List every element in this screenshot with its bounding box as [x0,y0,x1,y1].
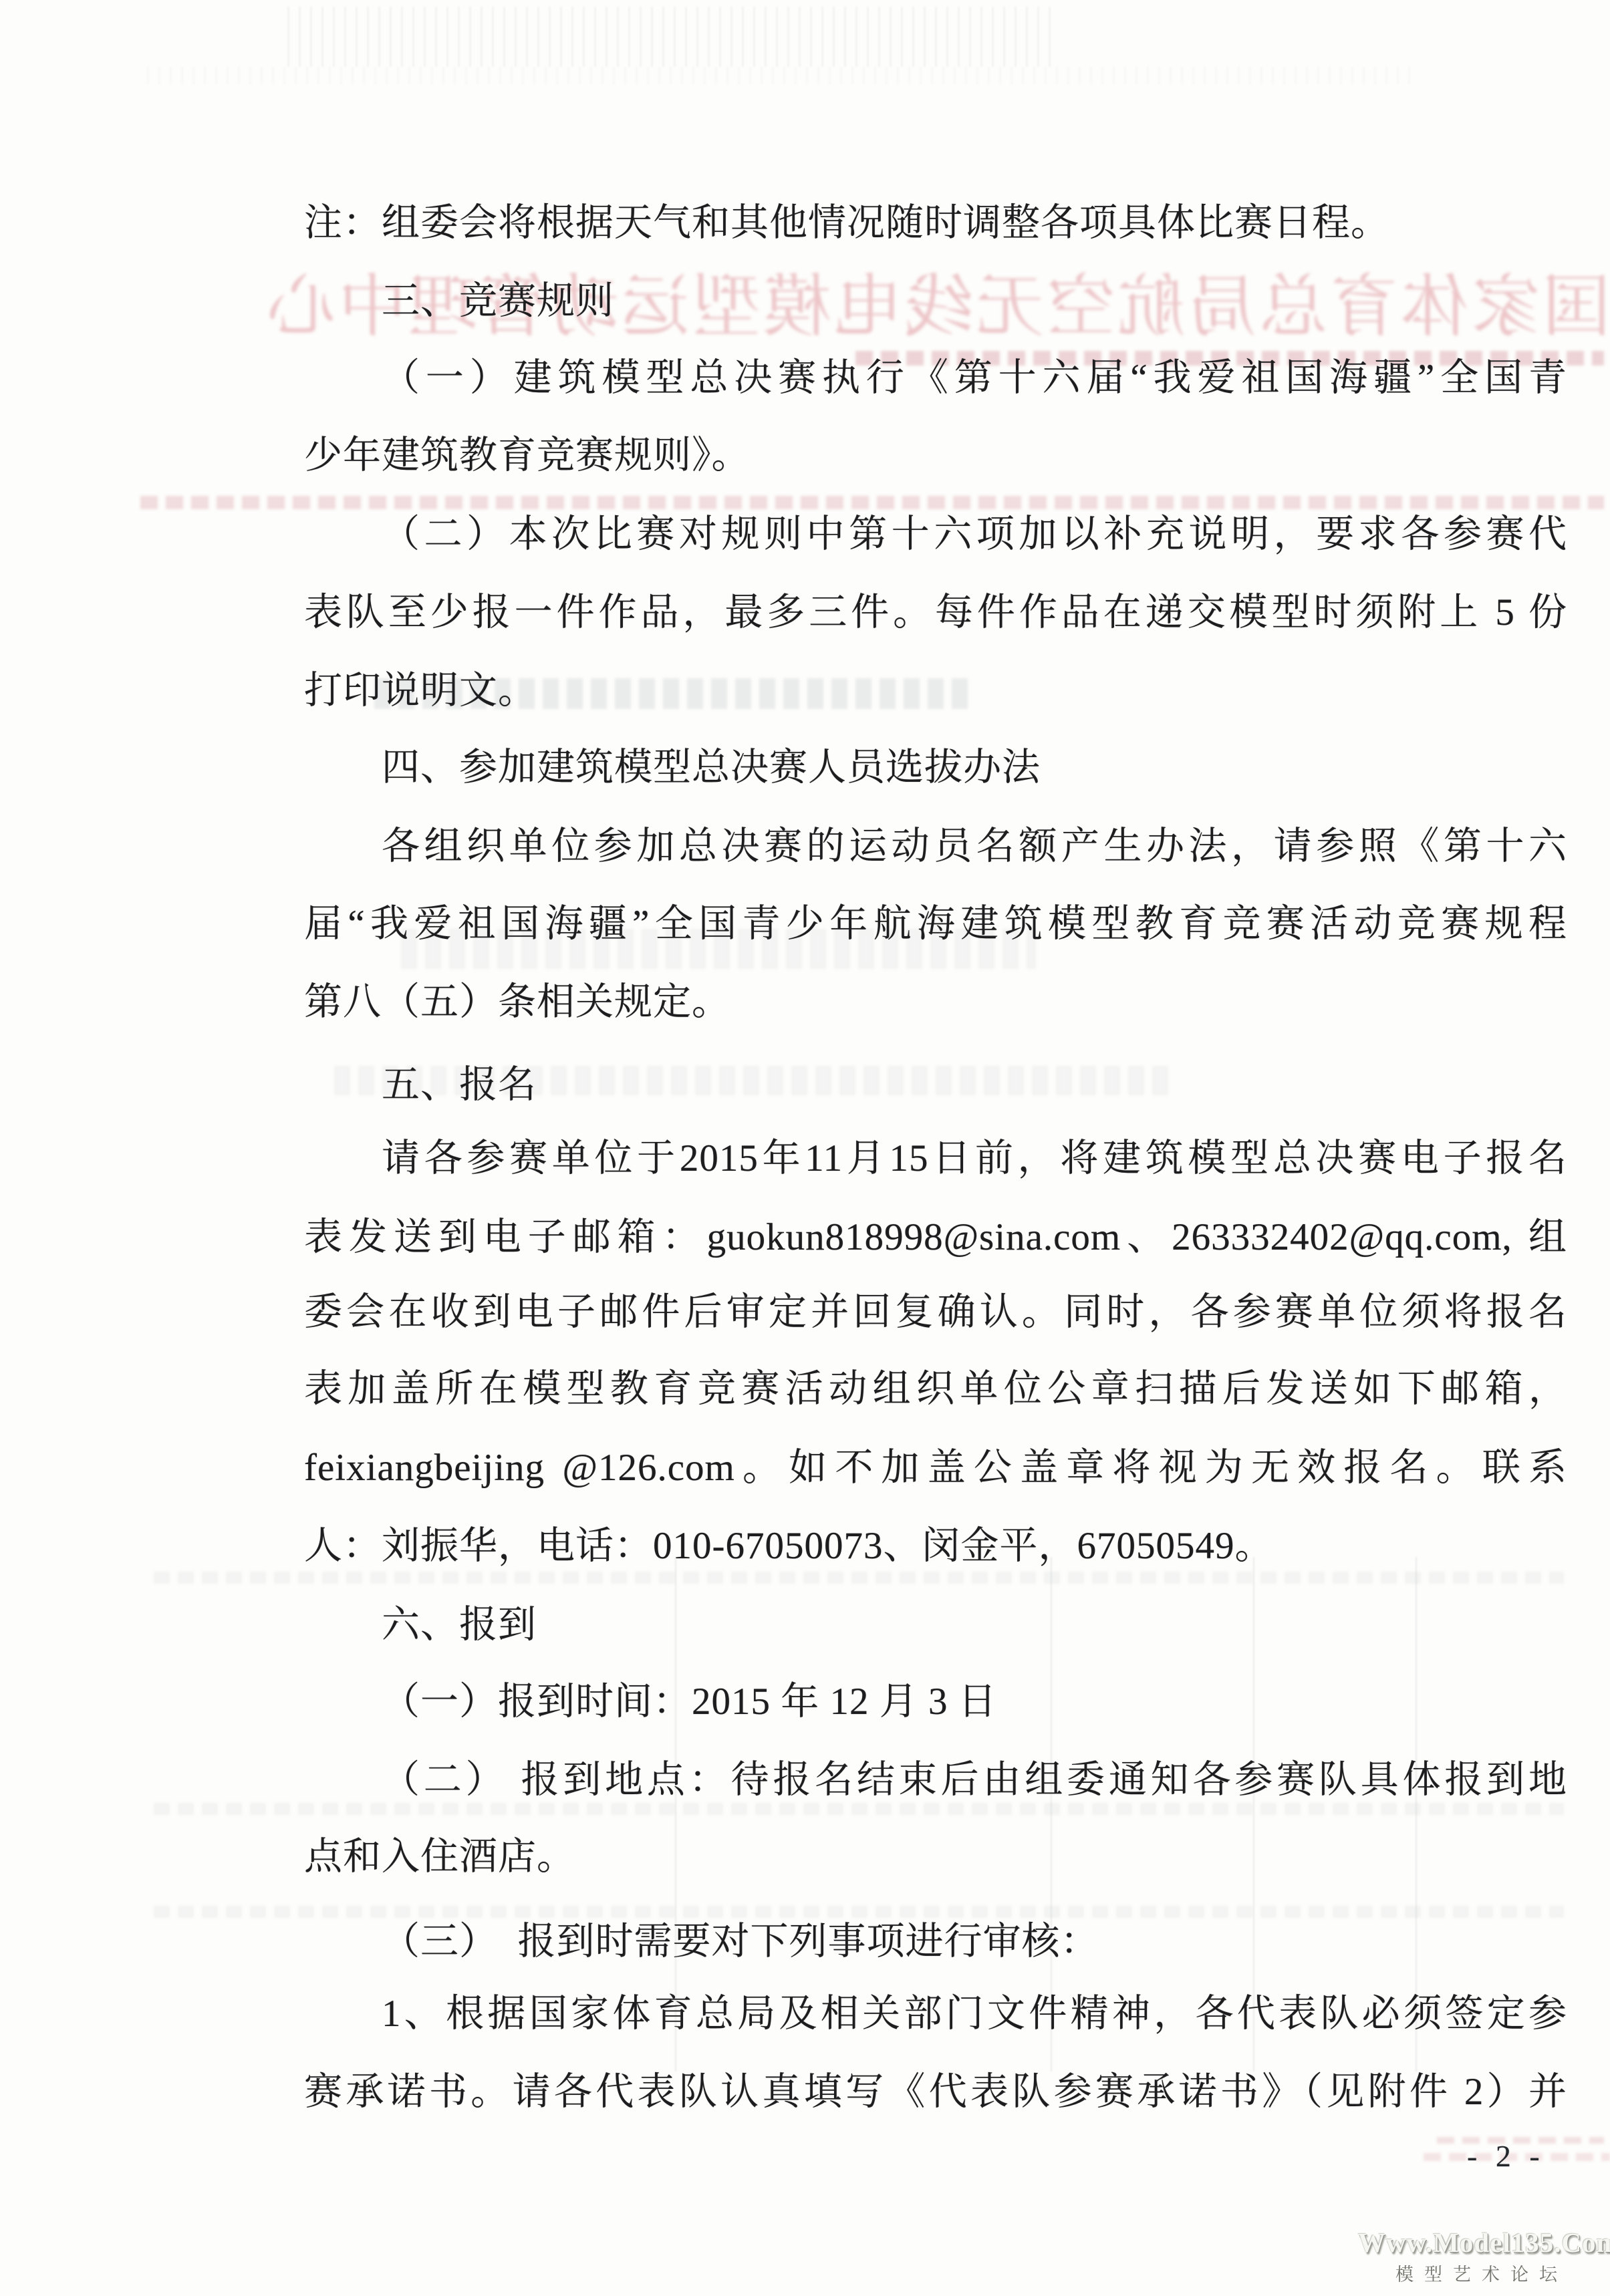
bleedthrough-row [154,1803,1564,1815]
doc-heading-6: 六、报到 [304,1602,1567,1648]
scanned-page: 国家体育总局航空无线电模型运动管理中心 注：组委会将根据天气和其他情况随时调整各… [0,0,1610,2296]
doc-line: 1、根据国家体育总局及相关部门文件精神，各代表队必须签定参 [304,1991,1567,2037]
scan-noise-band [287,7,1056,67]
doc-line: 赛承诺书。请各代表队认真填写《代表队参赛承诺书》（见附件 2）并 [304,2069,1567,2115]
doc-line: （三） 报到时需要对下列事项进行审核： [304,1919,1567,1965]
doc-line-note: 注：组委会将根据天气和其他情况随时调整各项具体比赛日程。 [304,200,1567,246]
doc-line-email2: feixiangbeijing @126.com。如不加盖公盖章将视为无效报名。… [304,1445,1567,1491]
doc-line: 请各参赛单位于2015年11月15日前，将建筑模型总决赛电子报名 [304,1136,1567,1181]
doc-line: 少年建筑教育竞赛规则》。 [304,433,1567,478]
bleedthrough-row [154,1906,1564,1918]
doc-line: （一）建筑模型总决赛执行《第十六届“我爱祖国海疆”全国青 [304,355,1567,401]
bleedthrough-row [154,1572,1564,1584]
watermark-site-text: Www.Model135.Com [1358,2227,1605,2259]
scan-noise-band [147,67,1417,84]
doc-line: 表队至少报一件作品，最多三件。每件作品在递交模型时须附上 5 份 [304,590,1567,635]
doc-heading-4: 四、参加建筑模型总决赛人员选拔办法 [304,745,1567,791]
doc-heading-3: 三、竞赛规则 [304,279,1567,324]
doc-line: 委会在收到电子邮件后审定并回复确认。同时，各参赛单位须将报名 [304,1290,1567,1335]
doc-line: 届“我爱祖国海疆”全国青少年航海建筑模型教育竞赛活动竞赛规程 [304,901,1567,947]
doc-line-date: （一）报到时间：2015 年 12 月 3 日 [304,1679,1567,1725]
watermark-forum-text: 模型艺术论坛 [1358,2260,1605,2286]
doc-line: 第八（五）条相关规定。 [304,980,1567,1025]
doc-line: （二） 报到地点：待报名结束后由组委通知各参赛队具体报到地 [304,1757,1567,1803]
page-number: - 2 - [1467,2138,1545,2174]
doc-line-contacts: 人：刘振华，电话：010-67050073、闵金平，67050549。 [304,1524,1567,1569]
doc-line: 点和入住酒店。 [304,1834,1567,1880]
doc-line: 各组织单位参加总决赛的运动员名额产生办法，请参照《第十六 [304,824,1567,869]
doc-line-emails: 表发送到电子邮箱：guokun818998@sina.com、263332402… [304,1215,1567,1260]
doc-line: 打印说明文。 [304,668,1567,714]
bleedthrough-row [140,496,1604,509]
watermark: Www.Model135.Com 模型艺术论坛 [1358,2227,1605,2286]
doc-heading-5: 五、报名 [304,1062,1567,1108]
doc-line: 表加盖所在模型教育竞赛活动组织单位公章扫描后发送如下邮箱， [304,1367,1567,1412]
doc-line: （二）本次比赛对规则中第十六项加以补充说明，要求各参赛代 [304,512,1567,557]
